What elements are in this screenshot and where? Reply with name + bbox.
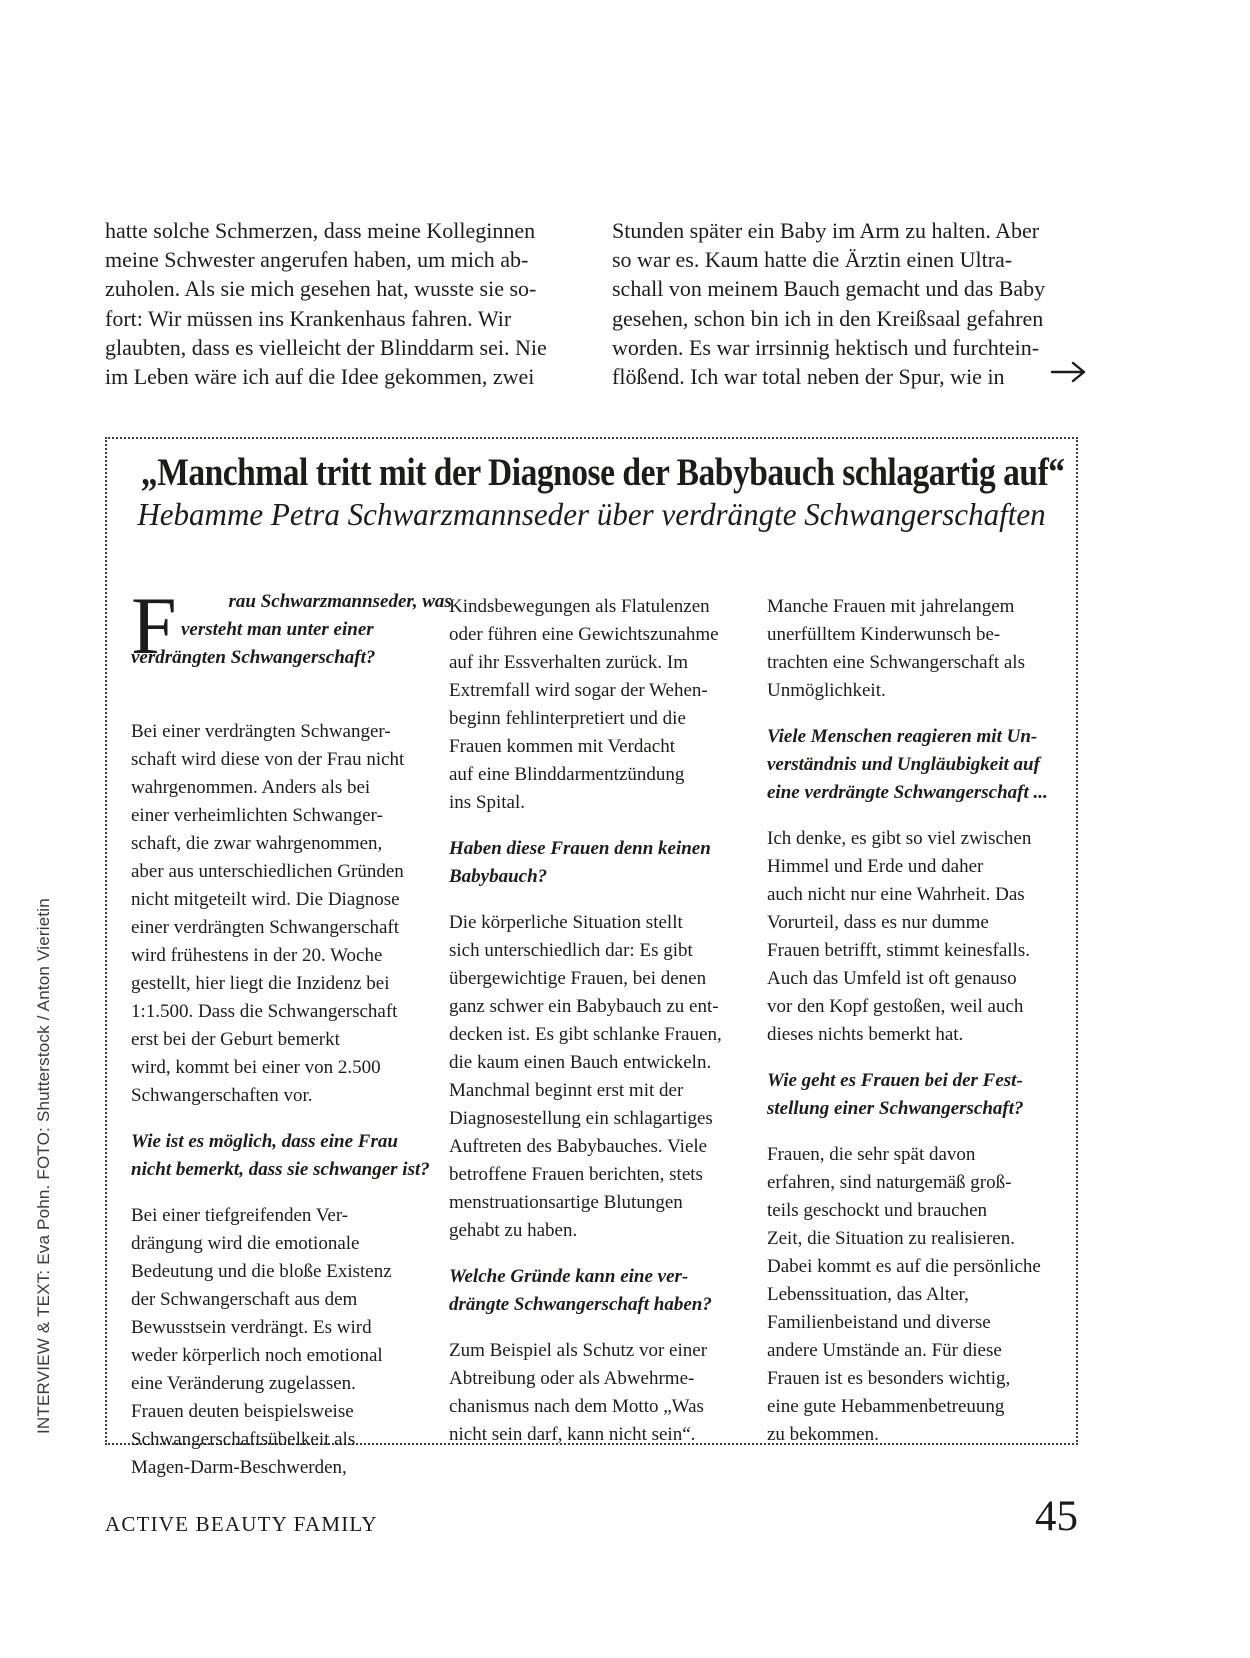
answer-block: Die körperliche Situation stellt sich un…	[449, 909, 737, 1245]
question-block: Viele Menschen reagieren mit Un- verstän…	[767, 723, 1055, 807]
photo-credit-vertical: INTERVIEW & TEXT: Eva Pohn. FOTO: Shutte…	[34, 898, 54, 1434]
answer-block: Bei einer tiefgreifenden Ver- drängung w…	[131, 1202, 419, 1482]
interview-subheadline: Hebamme Petra Schwarzmannseder über verd…	[122, 496, 1062, 533]
footer-brand: ACTIVE BEAUTY FAMILY	[105, 1512, 378, 1537]
answer-block: Bei einer verdrängten Schwanger- schaft …	[131, 718, 419, 1110]
drop-cap: F	[131, 588, 181, 644]
interview-headline: „Manchmal tritt mit der Diagnose der Bab…	[141, 449, 1042, 495]
question-block: Welche Gründe kann eine ver- drängte Sch…	[449, 1263, 737, 1319]
question-block: Haben diese Frauen denn keinen Babybauch…	[449, 835, 737, 891]
interview-box: „Manchmal tritt mit der Diagnose der Bab…	[105, 437, 1078, 1445]
article-column-right: Stunden später ein Baby im Arm zu halten…	[612, 216, 1083, 391]
interview-column-3: Manche Frauen mit jahrelangem unerfüllte…	[767, 560, 1055, 1482]
interview-column-2: Kindsbewegungen als Flatulenzen oder füh…	[449, 560, 737, 1482]
answer-block: Ich denke, es gibt so viel zwischen Himm…	[767, 825, 1055, 1049]
question-block: Wie ist es möglich, dass eine Frau nicht…	[131, 1128, 419, 1184]
interview-columns: Frau Schwarzmannseder, was versteht man …	[131, 560, 1076, 1482]
answer-block: Kindsbewegungen als Flatulenzen oder füh…	[449, 593, 737, 817]
continue-arrow-icon	[1050, 360, 1088, 389]
page-number: 45	[1035, 1492, 1078, 1541]
interview-column-1: Frau Schwarzmannseder, was versteht man …	[131, 560, 419, 1482]
question-block: Wie geht es Frauen bei der Fest- stellun…	[767, 1067, 1055, 1123]
answer-block: Manche Frauen mit jahrelangem unerfüllte…	[767, 593, 1055, 705]
answer-block: Zum Beispiel als Schutz vor einer Abtrei…	[449, 1337, 737, 1449]
magazine-page: hatte solche Schmerzen, dass meine Kolle…	[0, 0, 1250, 1658]
main-article-text: hatte solche Schmerzen, dass meine Kolle…	[105, 216, 1083, 391]
answer-block: Frauen, die sehr spät davon erfahren, si…	[767, 1141, 1055, 1449]
question-block: Frau Schwarzmannseder, was versteht man …	[131, 560, 419, 700]
article-column-left: hatte solche Schmerzen, dass meine Kolle…	[105, 216, 576, 391]
